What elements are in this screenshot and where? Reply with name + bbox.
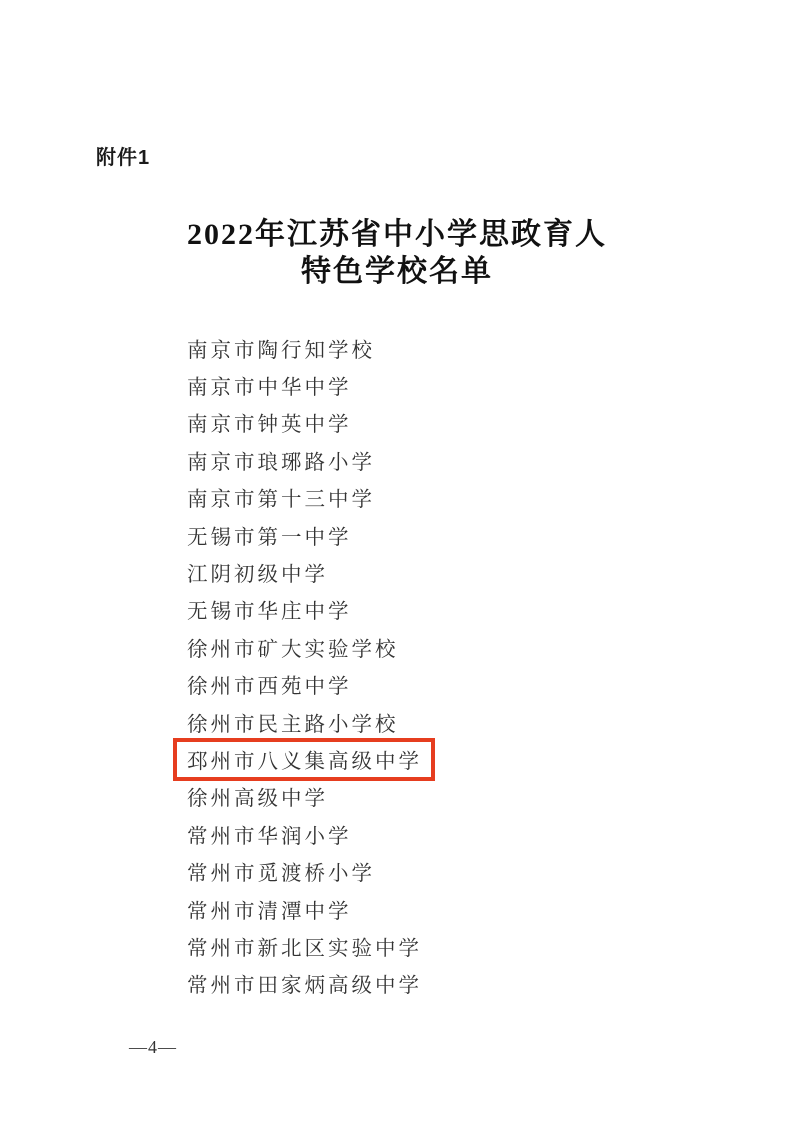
list-item: 江阴初级中学	[187, 553, 747, 590]
list-item: 徐州市民主路小学校	[187, 703, 747, 740]
school-name: 常州市清潭中学	[187, 894, 352, 924]
list-item: 常州市田家炳高级中学	[187, 965, 747, 1002]
school-name: 南京市陶行知学校	[187, 333, 375, 363]
list-item: 南京市中华中学	[187, 366, 747, 403]
list-item: 无锡市第一中学	[187, 516, 747, 553]
document-title: 2022年江苏省中小学思政育人 特色学校名单	[0, 216, 794, 290]
school-list: 南京市陶行知学校 南京市中华中学 南京市钟英中学 南京市琅琊路小学 南京市第十三…	[187, 329, 747, 1002]
list-item: 常州市华润小学	[187, 815, 747, 852]
school-name: 江阴初级中学	[187, 557, 328, 587]
list-item: 南京市第十三中学	[187, 479, 747, 516]
school-name: 常州市华润小学	[187, 819, 352, 849]
list-item: 南京市琅琊路小学	[187, 441, 747, 478]
school-name: 常州市觅渡桥小学	[187, 856, 375, 886]
school-name: 徐州高级中学	[187, 781, 328, 811]
list-item: 常州市清潭中学	[187, 890, 747, 927]
school-name: 徐州市矿大实验学校	[187, 632, 399, 662]
list-item: 无锡市华庄中学	[187, 591, 747, 628]
list-item: 徐州高级中学	[187, 778, 747, 815]
school-name: 南京市中华中学	[187, 370, 352, 400]
list-item: 南京市钟英中学	[187, 404, 747, 441]
list-item: 常州市觅渡桥小学	[187, 852, 747, 889]
school-name: 南京市钟英中学	[187, 407, 352, 437]
list-item: 徐州市矿大实验学校	[187, 628, 747, 665]
school-name: 常州市新北区实验中学	[187, 931, 422, 961]
list-item-highlighted: 邳州市八义集高级中学	[187, 740, 747, 777]
list-item: 常州市新北区实验中学	[187, 927, 747, 964]
school-name: 南京市琅琊路小学	[187, 445, 375, 475]
list-item: 南京市陶行知学校	[187, 329, 747, 366]
school-name: 常州市田家炳高级中学	[187, 968, 422, 998]
school-name: 南京市第十三中学	[187, 482, 375, 512]
title-line-1: 2022年江苏省中小学思政育人	[0, 216, 794, 253]
school-name: 徐州市西苑中学	[187, 669, 352, 699]
school-name: 徐州市民主路小学校	[187, 707, 399, 737]
school-name: 无锡市华庄中学	[187, 594, 352, 624]
title-line-2: 特色学校名单	[0, 253, 794, 290]
highlighted-school-name: 邳州市八义集高级中学	[173, 738, 435, 781]
school-name: 无锡市第一中学	[187, 520, 352, 550]
list-item: 徐州市西苑中学	[187, 666, 747, 703]
page-number: —4—	[129, 1037, 177, 1058]
document-page: 附件1 2022年江苏省中小学思政育人 特色学校名单 南京市陶行知学校 南京市中…	[0, 0, 794, 1123]
attachment-label: 附件1	[96, 141, 150, 170]
